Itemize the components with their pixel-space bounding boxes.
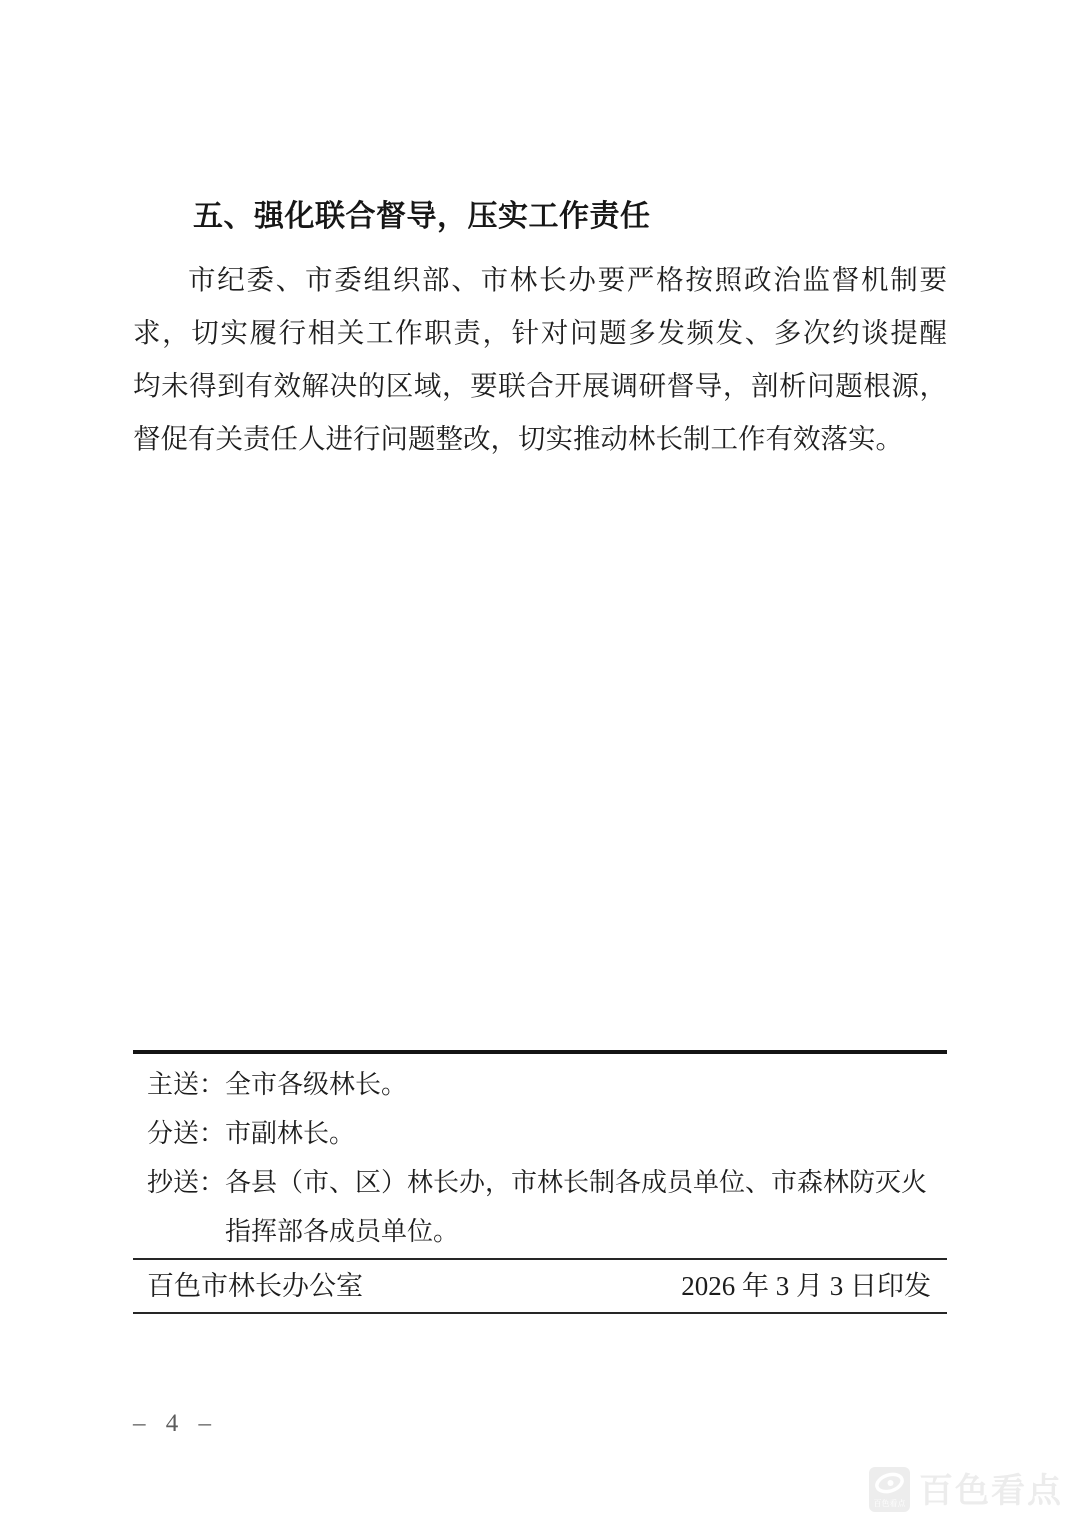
watermark-text: 百色看点	[919, 1467, 1063, 1515]
paragraph-line: 督促有关责任人进行问题整改，切实推动林长制工作有效落实。	[133, 412, 947, 465]
distribution-row-secondary-send: 分送： 市副林长。	[147, 1109, 947, 1158]
distribution-content: 市副林长。	[225, 1109, 947, 1158]
bottom-rule	[133, 1312, 947, 1314]
distribution-list: 主送： 全市各级林长。 分送： 市副林长。 抄送： 各县（市、区）林长办，市林长…	[133, 1054, 947, 1258]
paragraph-line: 求，切实履行相关工作职责，针对问题多发频发、多次约谈提醒	[133, 306, 947, 359]
distribution-row-main-send: 主送： 全市各级林长。	[147, 1060, 947, 1109]
distribution-label: 分送：	[147, 1109, 225, 1158]
watermark-logo-icon: 百色看点	[869, 1467, 910, 1515]
watermark: 百色看点 百色看点	[869, 1467, 1063, 1515]
print-date: 2026 年 3 月 3 日印发	[681, 1260, 931, 1312]
paragraph-line: 均未得到有效解决的区域，要联合开展调研督导，剖析问题根源，	[133, 359, 947, 412]
distribution-content: 各县（市、区）林长办，市林长制各成员单位、市森林防灭火指挥部各成员单位。	[225, 1158, 947, 1256]
section-heading: 五、强化联合督导，压实工作责任	[133, 194, 947, 240]
distribution-label: 抄送：	[147, 1158, 225, 1256]
page-number: – 4 –	[133, 1410, 218, 1438]
distribution-label: 主送：	[147, 1060, 225, 1109]
watermark-logo-label: 百色看点	[874, 1498, 907, 1508]
paragraph-line: 市纪委、市委组织部、市林长办要严格按照政治监督机制要	[133, 253, 947, 306]
document-page: 五、强化联合督导，压实工作责任 市纪委、市委组织部、市林长办要严格按照政治监督机…	[0, 0, 1080, 1527]
distribution-row-copy-send: 抄送： 各县（市、区）林长办，市林长制各成员单位、市森林防灭火指挥部各成员单位。	[147, 1158, 947, 1256]
issuing-office: 百色市林长办公室	[147, 1260, 363, 1312]
imprint-row: 百色市林长办公室 2026 年 3 月 3 日印发	[133, 1260, 947, 1312]
body-paragraph: 市纪委、市委组织部、市林长办要严格按照政治监督机制要 求，切实履行相关工作职责，…	[133, 253, 947, 465]
distribution-content: 全市各级林长。	[225, 1060, 947, 1109]
distribution-footer: 主送： 全市各级林长。 分送： 市副林长。 抄送： 各县（市、区）林长办，市林长…	[133, 1050, 947, 1314]
